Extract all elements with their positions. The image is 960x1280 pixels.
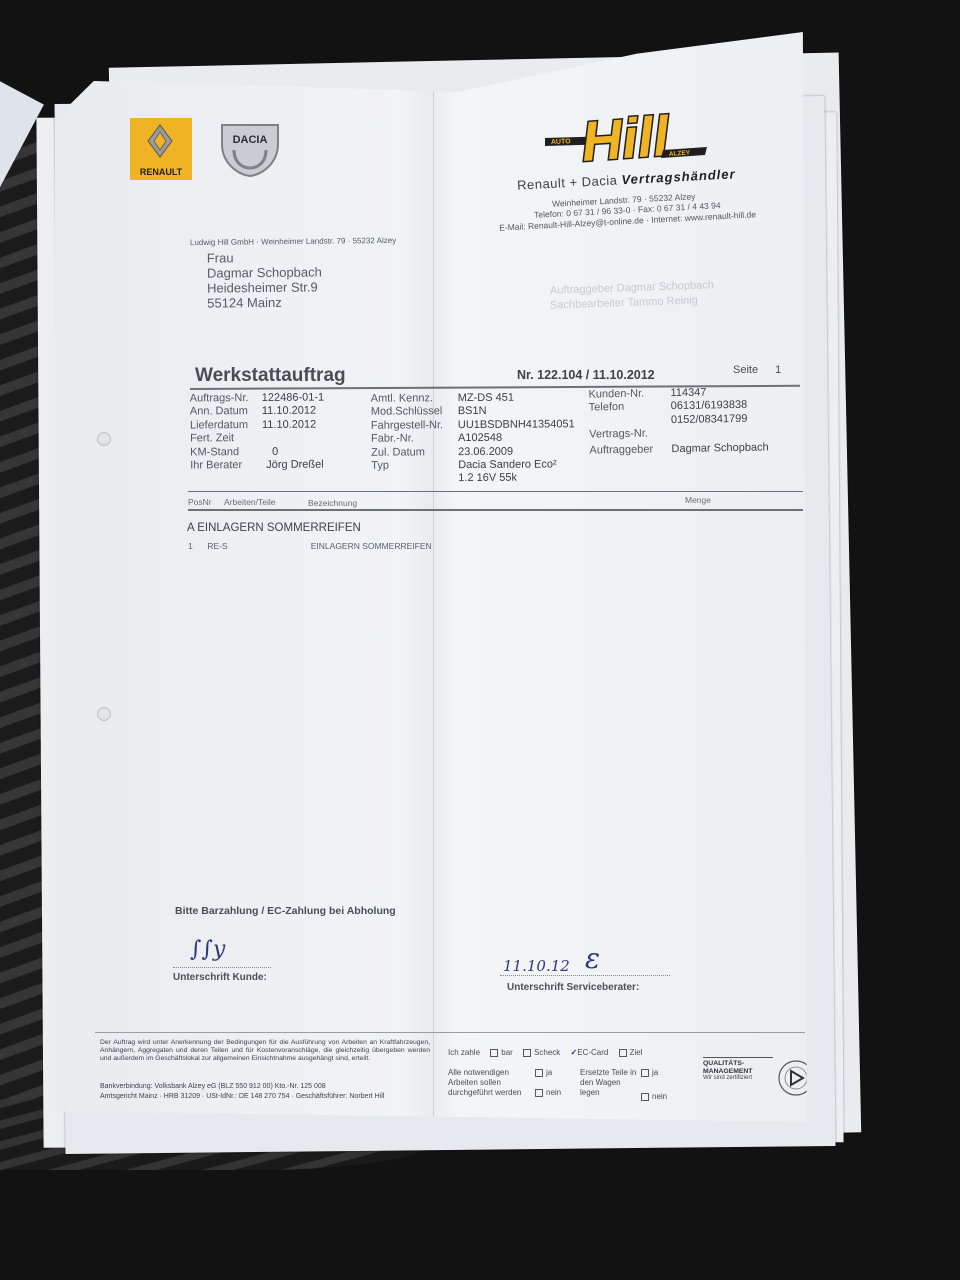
no-label: nein bbox=[652, 1092, 667, 1101]
page-number: 1 bbox=[775, 364, 781, 376]
field-label: Auftrags-Nr. bbox=[190, 392, 262, 406]
col-header-description: Bezeichnung bbox=[308, 498, 357, 508]
field-row: Lieferdatum11.10.2012 bbox=[190, 418, 324, 432]
col-header-quantity: Menge bbox=[685, 495, 711, 505]
recipient-address: Frau Dagmar Schopbach Heidesheimer Str.9… bbox=[207, 249, 323, 310]
field-row: Fert. Zeit bbox=[190, 432, 324, 446]
svg-text:Hill: Hill bbox=[579, 104, 672, 170]
answer-no: nein bbox=[633, 1092, 667, 1101]
yes-label: ja bbox=[546, 1068, 552, 1077]
section-title: A EINLAGERN SOMMERREIFEN bbox=[187, 522, 361, 534]
renault-logo-text: RENAULT bbox=[130, 167, 192, 177]
vehicle-type-value: Dacia Sandero Eco² bbox=[458, 458, 557, 471]
page-indicator: Seite 1 bbox=[733, 364, 781, 376]
table-header-rule bbox=[188, 509, 803, 511]
option-label: bar bbox=[501, 1048, 513, 1057]
answer-yes: ja bbox=[633, 1068, 658, 1077]
answer-yes: ja bbox=[527, 1068, 552, 1077]
recipient-street: Heidesheimer Str.9 bbox=[207, 279, 322, 295]
qm-subtitle: Wir sind zertifiziert bbox=[703, 1075, 773, 1081]
field-label: Ihr Berater bbox=[190, 459, 266, 473]
field-label: Amtl. Kennz. bbox=[371, 392, 458, 406]
field-label: Mod.Schlüssel bbox=[371, 406, 458, 420]
renault-logo: RENAULT bbox=[130, 118, 192, 180]
bank-details: Bankverbindung: Volksbank Alzey eG (BLZ … bbox=[100, 1083, 326, 1091]
manufacturer-number-value: A102548 bbox=[458, 432, 502, 444]
field-row: Auftrags-Nr.122486-01-1 bbox=[190, 392, 324, 406]
field-label bbox=[371, 482, 458, 483]
field-row: Mod.SchlüsselBS1N bbox=[371, 405, 575, 420]
option-label: Scheck bbox=[534, 1048, 560, 1057]
auto-hill-logo: AUTO Hill ALZEY bbox=[545, 95, 715, 170]
field-label: Fert. Zeit bbox=[190, 432, 262, 446]
advisor-signature-label: Unterschrift Serviceberater: bbox=[507, 982, 639, 993]
order-fields-middle: Amtl. Kennz.MZ-DS 451 Mod.SchlüsselBS1N … bbox=[371, 391, 575, 486]
mobile-value: 0152/08341799 bbox=[671, 413, 748, 426]
engine-value: 1.2 16V 55k bbox=[458, 472, 517, 484]
order-number-date: Nr. 122.104 / 11.10.2012 bbox=[517, 368, 655, 382]
tagline-brands: Renault + Dacia bbox=[517, 172, 618, 192]
field-label: Vertrags-Nr. bbox=[589, 427, 671, 442]
field-row: Ihr BeraterJörg Dreßel bbox=[190, 459, 324, 473]
field-row: AuftraggeberDagmar Schopbach bbox=[589, 441, 768, 458]
col-header-posnr: PosNr bbox=[188, 497, 212, 507]
acceptance-date-value: 11.10.2012 bbox=[262, 405, 316, 417]
recipient-salutation: Frau bbox=[207, 249, 322, 265]
model-key-value: BS1N bbox=[458, 405, 487, 417]
field-row: Vertrags-Nr. bbox=[589, 426, 768, 443]
payment-options: Ich zahle bar Scheck ✓EC-Card Ziel bbox=[448, 1048, 642, 1057]
question-all-work: Alle notwendigen Arbeiten sollen durchge… bbox=[448, 1068, 538, 1098]
field-row: Fabr.-Nr.A102548 bbox=[371, 432, 575, 447]
checkbox-yes[interactable] bbox=[641, 1069, 649, 1077]
dacia-shield-icon bbox=[218, 122, 282, 178]
checkbox-bar[interactable] bbox=[490, 1049, 498, 1057]
order-number-value: 122486-01-1 bbox=[262, 392, 324, 404]
dacia-logo-text: DACIA bbox=[218, 134, 282, 146]
checkbox-no[interactable] bbox=[641, 1093, 649, 1101]
field-label: Auftraggeber bbox=[589, 443, 671, 458]
page-label: Seite bbox=[733, 364, 758, 376]
signature-line bbox=[173, 967, 271, 968]
field-row: Amtl. Kennz.MZ-DS 451 bbox=[371, 391, 575, 406]
punch-hole bbox=[97, 707, 111, 721]
checkbox-no[interactable] bbox=[535, 1089, 543, 1097]
qm-text: QUALITÄTS-MANAGEMENT Wir sind zertifizie… bbox=[703, 1057, 773, 1081]
no-label: nein bbox=[546, 1088, 561, 1097]
answer-no: nein bbox=[527, 1088, 561, 1097]
svg-text:ALZEY: ALZEY bbox=[669, 149, 691, 158]
hill-logo-graphic: AUTO Hill ALZEY bbox=[545, 95, 715, 170]
field-row: Zul. Datum23.06.2009 bbox=[371, 445, 575, 460]
field-label: Typ bbox=[371, 459, 458, 473]
advisor-value: Jörg Dreßel bbox=[266, 459, 324, 471]
advisor-handwritten-date: 11.10.12 bbox=[503, 957, 570, 975]
qm-title: QUALITÄTS-MANAGEMENT bbox=[703, 1060, 763, 1075]
table-row: 1 RE-S EINLAGERN SOMMERREIFEN bbox=[188, 541, 432, 551]
vin-value: UU1BSDBNH41354051 bbox=[458, 418, 575, 431]
field-row: KM-Stand0 bbox=[190, 445, 324, 459]
renault-diamond-icon bbox=[147, 124, 173, 158]
order-fields-left: Auftrags-Nr.122486-01-1 Ann. Datum11.10.… bbox=[190, 392, 325, 473]
field-label: Fahrgestell-Nr. bbox=[371, 419, 458, 433]
checkbox-scheck[interactable] bbox=[523, 1049, 531, 1057]
option-label: EC-Card bbox=[577, 1048, 608, 1057]
registry-details: Amtsgericht Mainz · HRB 31209 · USt-IdNr… bbox=[100, 1093, 384, 1101]
yes-label: ja bbox=[652, 1068, 658, 1077]
field-row: 1.2 16V 55k bbox=[371, 472, 575, 487]
payment-note: Bitte Barzahlung / EC-Zahlung bei Abholu… bbox=[175, 905, 396, 917]
field-label bbox=[589, 423, 671, 424]
quality-management-badge: QUALITÄTS-MANAGEMENT Wir sind zertifizie… bbox=[703, 1057, 813, 1107]
mileage-value: 0 bbox=[272, 445, 278, 457]
order-fields-right: Kunden-Nr.114347 Telefon06131/6193838 01… bbox=[588, 385, 768, 457]
punch-hole bbox=[97, 432, 111, 446]
row-pos: 1 bbox=[188, 541, 205, 551]
field-label: Zul. Datum bbox=[371, 446, 458, 460]
dealer-tagline: Renault + Dacia Vertragshändler bbox=[517, 166, 736, 192]
client-value: Dagmar Schopbach bbox=[671, 441, 768, 455]
show-through-text: Sachbearbeiter Tammo Reinig bbox=[550, 294, 698, 311]
signature-line bbox=[500, 975, 670, 976]
field-row: Fahrgestell-Nr.UU1BSDBNH41354051 bbox=[371, 418, 575, 433]
field-label: Lieferdatum bbox=[190, 419, 262, 433]
field-label: KM-Stand bbox=[190, 446, 272, 460]
svg-text:AUTO: AUTO bbox=[551, 138, 571, 146]
option-label: Ziel bbox=[630, 1048, 643, 1057]
row-description: EINLAGERN SOMMERREIFEN bbox=[311, 541, 432, 551]
footer-rule bbox=[95, 1032, 805, 1033]
table-top-rule bbox=[188, 491, 803, 492]
col-header-parts: Arbeiten/Teile bbox=[224, 497, 276, 507]
payment-options-label: Ich zahle bbox=[448, 1048, 480, 1057]
document-title: Werkstattauftrag bbox=[195, 365, 346, 387]
sender-line: Ludwig Hill GmbH · Weinheimer Landstr. 7… bbox=[190, 236, 396, 247]
customer-number-value: 114347 bbox=[670, 387, 706, 400]
field-label: Fabr.-Nr. bbox=[371, 432, 458, 446]
checkbox-yes[interactable] bbox=[535, 1069, 543, 1077]
fold-line bbox=[433, 32, 434, 1122]
terms-text: Der Auftrag wird unter Anerkennung der B… bbox=[100, 1039, 430, 1063]
row-part: RE-S bbox=[207, 541, 308, 551]
recipient-name: Dagmar Schopbach bbox=[207, 264, 322, 280]
field-label: Ann. Datum bbox=[190, 405, 262, 419]
field-label: Kunden-Nr. bbox=[588, 387, 670, 402]
advisor-signature: ε bbox=[585, 942, 600, 975]
delivery-date-value: 11.10.2012 bbox=[262, 418, 316, 430]
field-label: Telefon bbox=[589, 401, 671, 416]
phone-value: 06131/6193838 bbox=[671, 399, 748, 412]
work-order-document: Auftraggeber Dagmar Schopbach Sachbearbe… bbox=[55, 32, 830, 1122]
customer-signature-label: Unterschrift Kunde: bbox=[173, 972, 267, 983]
recipient-city: 55124 Mainz bbox=[207, 294, 322, 310]
dacia-logo: DACIA bbox=[218, 122, 282, 178]
checkbox-ziel[interactable] bbox=[619, 1049, 627, 1057]
field-row: Ann. Datum11.10.2012 bbox=[190, 405, 324, 419]
field-row: TypDacia Sandero Eco² bbox=[371, 458, 575, 473]
registration-date-value: 23.06.2009 bbox=[458, 445, 513, 457]
customer-signature: ∫∫y bbox=[190, 937, 225, 962]
license-plate-value: MZ-DS 451 bbox=[458, 392, 514, 404]
